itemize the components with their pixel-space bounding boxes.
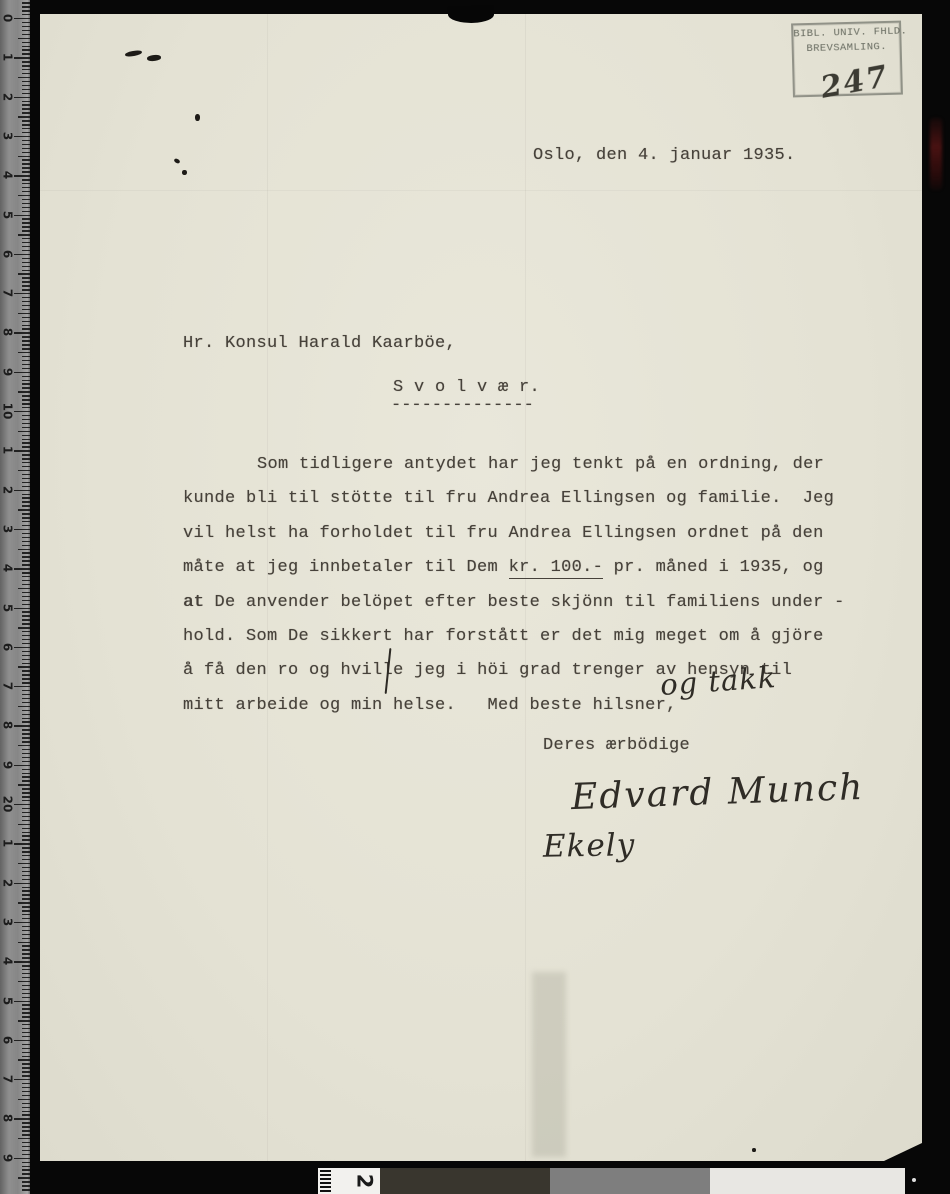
body-line: at De anvender belöpet efter beste skjön… bbox=[183, 586, 845, 620]
ruler-number: 6 bbox=[1, 246, 15, 261]
grayscale-tile bbox=[710, 1168, 905, 1194]
ink-speck bbox=[173, 158, 180, 164]
ruler-number: 2 bbox=[1, 89, 15, 104]
ink-dash bbox=[147, 54, 162, 61]
grayscale-tile bbox=[380, 1168, 550, 1194]
scanner-ruler: 01234567891012345678920123456789 bbox=[0, 0, 30, 1194]
ruler-number: 1 bbox=[1, 443, 15, 458]
ruler-number: 5 bbox=[1, 600, 15, 615]
ruler-number: 8 bbox=[1, 325, 15, 340]
ruler-number: 1 bbox=[1, 50, 15, 65]
ink-dash bbox=[125, 50, 143, 58]
ruler-number: 7 bbox=[1, 679, 15, 694]
ruler-number: 0 bbox=[1, 11, 15, 26]
ruler-number: 3 bbox=[1, 128, 15, 143]
calibration-label: 2 bbox=[353, 1174, 377, 1189]
body-segment: mitt arbeide og min helse. Med beste hil… bbox=[183, 696, 677, 715]
ruler-number: 9 bbox=[1, 1150, 15, 1165]
body-segment-struck: l bbox=[383, 654, 394, 688]
ruler-number: 10 bbox=[1, 404, 15, 419]
place-underline: -------------- bbox=[391, 396, 534, 415]
ruler-number: 1 bbox=[1, 836, 15, 851]
ruler-number: 6 bbox=[1, 639, 15, 654]
stamp-text-line1: BIBL. UNIV. FHLD. bbox=[793, 26, 899, 41]
body-segment: å få den ro og hvil bbox=[183, 661, 383, 680]
body-line: vil helst ha forholdet til fru Andrea El… bbox=[183, 517, 845, 551]
body-line: måte at jeg innbetaler til Dem kr. 100.-… bbox=[183, 551, 845, 585]
ruler-number: 4 bbox=[1, 954, 15, 969]
body-segment: vil helst ha forholdet til fru Andrea El… bbox=[183, 524, 824, 543]
body-segment-underline: kr. 100.- bbox=[509, 558, 604, 579]
body-line: Som tidligere antydet har jeg tenkt på e… bbox=[183, 448, 845, 482]
signature-edvard-munch: Edvard Munch bbox=[570, 767, 865, 818]
closing-line: Deres ærbödige bbox=[543, 736, 690, 755]
letter-paper: BIBL. UNIV. FHLD. BREVSAMLING. 247 Oslo,… bbox=[40, 14, 922, 1161]
ruler-number: 4 bbox=[1, 561, 15, 576]
signature-place-ekely: Ekely bbox=[543, 827, 636, 865]
ruler-number: 6 bbox=[1, 1032, 15, 1047]
ruler-number: 2 bbox=[1, 875, 15, 890]
grayscale-tile bbox=[550, 1168, 710, 1194]
ruler-number: 9 bbox=[1, 364, 15, 379]
ruler-number: 3 bbox=[1, 914, 15, 929]
archive-number-handwritten: 247 bbox=[818, 59, 892, 106]
red-smudge bbox=[930, 118, 942, 190]
place-line: S v o l v æ r. bbox=[393, 378, 540, 397]
dateline: Oslo, den 4. januar 1935. bbox=[533, 146, 796, 165]
recipient-line: Hr. Konsul Harald Kaarböe, bbox=[183, 334, 456, 353]
paper-crease-horizontal bbox=[40, 190, 922, 191]
ruler-number: 8 bbox=[1, 1111, 15, 1126]
ink-speck bbox=[182, 170, 187, 175]
body-segment-bold: at bbox=[183, 593, 204, 612]
ruler-number: 5 bbox=[1, 993, 15, 1008]
ruler-number: 3 bbox=[1, 521, 15, 536]
body-segment: Som tidligere antydet har jeg tenkt på e… bbox=[257, 455, 824, 474]
ink-speck bbox=[195, 114, 200, 121]
calibration-tick-tile: 2 bbox=[318, 1168, 380, 1194]
ruler-number: 20 bbox=[1, 797, 15, 812]
body-line: kunde bli til stötte til fru Andrea Elli… bbox=[183, 482, 845, 516]
body-segment: pr. måned i 1935, og bbox=[603, 558, 824, 577]
ruler-number: 4 bbox=[1, 168, 15, 183]
body-segment: De anvender belöpet efter beste skjönn t… bbox=[204, 593, 845, 612]
body-segment: kunde bli til stötte til fru Andrea Elli… bbox=[183, 489, 834, 508]
ink-speck bbox=[752, 1148, 756, 1152]
ruler-number: 7 bbox=[1, 286, 15, 301]
library-stamp: BIBL. UNIV. FHLD. BREVSAMLING. 247 bbox=[791, 21, 903, 98]
stamp-text-line2: BREVSAMLING. bbox=[794, 41, 900, 56]
body-segment: måte at jeg innbetaler til Dem bbox=[183, 558, 509, 577]
ruler-number: 5 bbox=[1, 207, 15, 222]
body-line: hold. Som De sikkert har forstått er det… bbox=[183, 620, 845, 654]
ruler-number: 8 bbox=[1, 718, 15, 733]
ruler-number: 7 bbox=[1, 1072, 15, 1087]
ruler-number: 9 bbox=[1, 757, 15, 772]
watermark-smudge bbox=[532, 972, 566, 1157]
body-segment: hold. Som De sikkert har forstått er det… bbox=[183, 627, 824, 646]
scanned-letter-page: { "archive": { "stamp": { "line1": "BIBL… bbox=[0, 0, 950, 1194]
dust-speck bbox=[912, 1178, 916, 1182]
ruler-number: 2 bbox=[1, 482, 15, 497]
